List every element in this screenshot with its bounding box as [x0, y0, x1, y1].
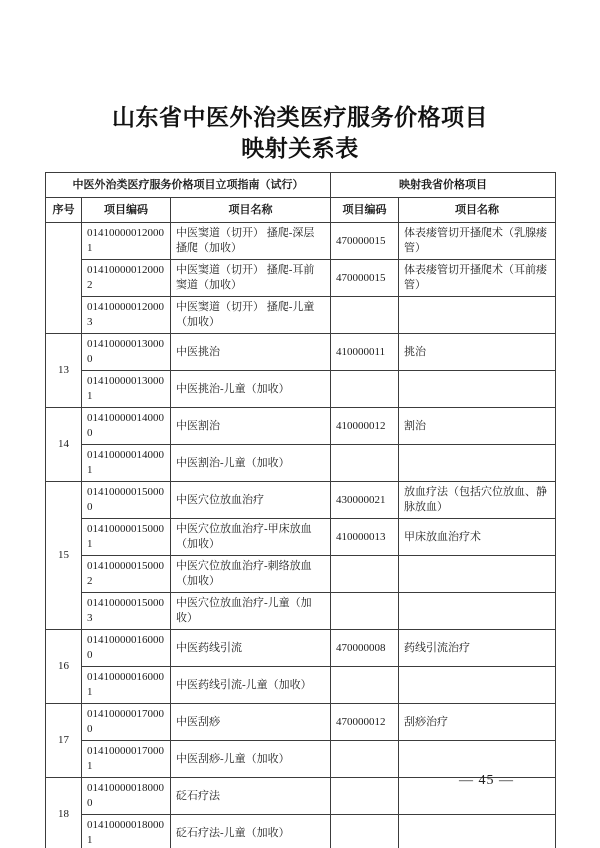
code-cell: 014100000160000: [82, 630, 171, 667]
map-name-cell: 挑治: [399, 334, 556, 371]
map-code-cell: 430000021: [331, 482, 399, 519]
code-cell: 014100000120003: [82, 297, 171, 334]
code-cell: 014100000140000: [82, 408, 171, 445]
map-name-cell: 割治: [399, 408, 556, 445]
page-number: — 45 —: [459, 773, 514, 789]
map-code-cell: [331, 371, 399, 408]
code-cell: 014100000170001: [82, 741, 171, 778]
table-row: 014100000150003中医穴位放血治疗-儿童（加收）: [46, 593, 556, 630]
table-row: 014100000130001中医挑治-儿童（加收）: [46, 371, 556, 408]
code-cell: 014100000130001: [82, 371, 171, 408]
map-code-cell: [331, 556, 399, 593]
code-cell: 014100000180000: [82, 778, 171, 815]
column-header-map-code: 项目编码: [331, 198, 399, 223]
page-title-line2: 映射关系表: [0, 133, 600, 164]
name-cell: 中医割治: [171, 408, 331, 445]
code-cell: 014100000150001: [82, 519, 171, 556]
code-cell: 014100000140001: [82, 445, 171, 482]
name-cell: 中医穴位放血治疗: [171, 482, 331, 519]
seq-cell: 14: [46, 408, 82, 482]
map-code-cell: 470000015: [331, 260, 399, 297]
map-code-cell: 410000011: [331, 334, 399, 371]
column-header-name: 项目名称: [171, 198, 331, 223]
map-code-cell: 410000013: [331, 519, 399, 556]
document-page: { "page": { "title_line1": "山东省中医外治类医疗服务…: [0, 0, 600, 848]
map-code-cell: 470000008: [331, 630, 399, 667]
code-cell: 014100000170000: [82, 704, 171, 741]
table-row: 16014100000160000中医药线引流470000008药线引流治疗: [46, 630, 556, 667]
map-name-cell: [399, 593, 556, 630]
table-row: 014100000170001中医刮痧-儿童（加收）: [46, 741, 556, 778]
map-code-cell: [331, 593, 399, 630]
name-cell: 中医药线引流: [171, 630, 331, 667]
map-code-cell: [331, 445, 399, 482]
mapping-table-head: 中医外治类医疗服务价格项目立项指南（试行） 映射我省价格项目 序号 项目编码 项…: [46, 173, 556, 223]
column-header-code: 项目编码: [82, 198, 171, 223]
map-name-cell: 放血疗法（包括穴位放血、静脉放血）: [399, 482, 556, 519]
map-name-cell: [399, 741, 556, 778]
map-code-cell: [331, 297, 399, 334]
map-name-cell: [399, 815, 556, 848]
name-cell: 中医穴位放血治疗-儿童（加收）: [171, 593, 331, 630]
code-cell: 014100000120002: [82, 260, 171, 297]
name-cell: 中医刮痧-儿童（加收）: [171, 741, 331, 778]
map-name-cell: 刮痧治疗: [399, 704, 556, 741]
map-code-cell: 410000012: [331, 408, 399, 445]
name-cell: 中医刮痧: [171, 704, 331, 741]
map-name-cell: 体表瘘管切开搔爬术（耳前瘘管）: [399, 260, 556, 297]
code-cell: 014100000160001: [82, 667, 171, 704]
table-row: 014100000120002中医窦道（切开） 搔爬-耳前窦道（加收）47000…: [46, 260, 556, 297]
mapping-table: 中医外治类医疗服务价格项目立项指南（试行） 映射我省价格项目 序号 项目编码 项…: [45, 172, 556, 848]
name-cell: 中医穴位放血治疗-刺络放血（加收）: [171, 556, 331, 593]
name-cell: 中医药线引流-儿童（加收）: [171, 667, 331, 704]
name-cell: 中医穴位放血治疗-甲床放血（加收）: [171, 519, 331, 556]
table-row: 17014100000170000中医刮痧470000012刮痧治疗: [46, 704, 556, 741]
name-cell: 砭石疗法: [171, 778, 331, 815]
map-name-cell: [399, 667, 556, 704]
table-row: 014100000160001中医药线引流-儿童（加收）: [46, 667, 556, 704]
map-name-cell: [399, 445, 556, 482]
page-title-line1: 山东省中医外治类医疗服务价格项目: [0, 102, 600, 133]
table-row: 014100000150002中医穴位放血治疗-刺络放血（加收）: [46, 556, 556, 593]
table-row: 14014100000140000中医割治410000012割治: [46, 408, 556, 445]
table-row: 15014100000150000中医穴位放血治疗430000021放血疗法（包…: [46, 482, 556, 519]
seq-cell: 17: [46, 704, 82, 778]
name-cell: 中医挑治-儿童（加收）: [171, 371, 331, 408]
table-row: 014100000120001中医窦道（切开） 搔爬-深层搔爬（加收）47000…: [46, 223, 556, 260]
group-header-row: 中医外治类医疗服务价格项目立项指南（试行） 映射我省价格项目: [46, 173, 556, 198]
name-cell: 中医窦道（切开） 搔爬-耳前窦道（加收）: [171, 260, 331, 297]
code-cell: 014100000150002: [82, 556, 171, 593]
seq-cell: 13: [46, 334, 82, 408]
table-row: 014100000150001中医穴位放血治疗-甲床放血（加收）41000001…: [46, 519, 556, 556]
name-cell: 中医割治-儿童（加收）: [171, 445, 331, 482]
column-header-map-name: 项目名称: [399, 198, 556, 223]
group-header-province: 映射我省价格项目: [331, 173, 556, 198]
name-cell: 中医挑治: [171, 334, 331, 371]
map-code-cell: 470000012: [331, 704, 399, 741]
map-name-cell: 药线引流治疗: [399, 630, 556, 667]
map-name-cell: 甲床放血治疗术: [399, 519, 556, 556]
seq-cell: 16: [46, 630, 82, 704]
seq-cell: 18: [46, 778, 82, 848]
map-code-cell: [331, 741, 399, 778]
page-title: 山东省中医外治类医疗服务价格项目 映射关系表: [0, 102, 600, 164]
name-cell: 中医窦道（切开） 搔爬-深层搔爬（加收）: [171, 223, 331, 260]
name-cell: 砭石疗法-儿童（加收）: [171, 815, 331, 848]
map-name-cell: 体表瘘管切开搔爬术（乳腺瘘管）: [399, 223, 556, 260]
code-cell: 014100000120001: [82, 223, 171, 260]
map-name-cell: [399, 556, 556, 593]
code-cell: 014100000130000: [82, 334, 171, 371]
name-cell: 中医窦道（切开） 搔爬-儿童（加收）: [171, 297, 331, 334]
map-name-cell: [399, 297, 556, 334]
map-code-cell: [331, 667, 399, 704]
map-code-cell: [331, 778, 399, 815]
seq-cell: [46, 223, 82, 334]
column-header-seq: 序号: [46, 198, 82, 223]
table-row: 014100000120003中医窦道（切开） 搔爬-儿童（加收）: [46, 297, 556, 334]
table-row: 014100000180001砭石疗法-儿童（加收）: [46, 815, 556, 848]
code-cell: 014100000150000: [82, 482, 171, 519]
code-cell: 014100000150003: [82, 593, 171, 630]
table-row: 13014100000130000中医挑治410000011挑治: [46, 334, 556, 371]
group-header-guide: 中医外治类医疗服务价格项目立项指南（试行）: [46, 173, 331, 198]
map-code-cell: [331, 815, 399, 848]
mapping-table-body: 014100000120001中医窦道（切开） 搔爬-深层搔爬（加收）47000…: [46, 223, 556, 848]
map-code-cell: 470000015: [331, 223, 399, 260]
seq-cell: 15: [46, 482, 82, 630]
table-row: 014100000140001中医割治-儿童（加收）: [46, 445, 556, 482]
column-header-row: 序号 项目编码 项目名称 项目编码 项目名称: [46, 198, 556, 223]
code-cell: 014100000180001: [82, 815, 171, 848]
map-name-cell: [399, 371, 556, 408]
